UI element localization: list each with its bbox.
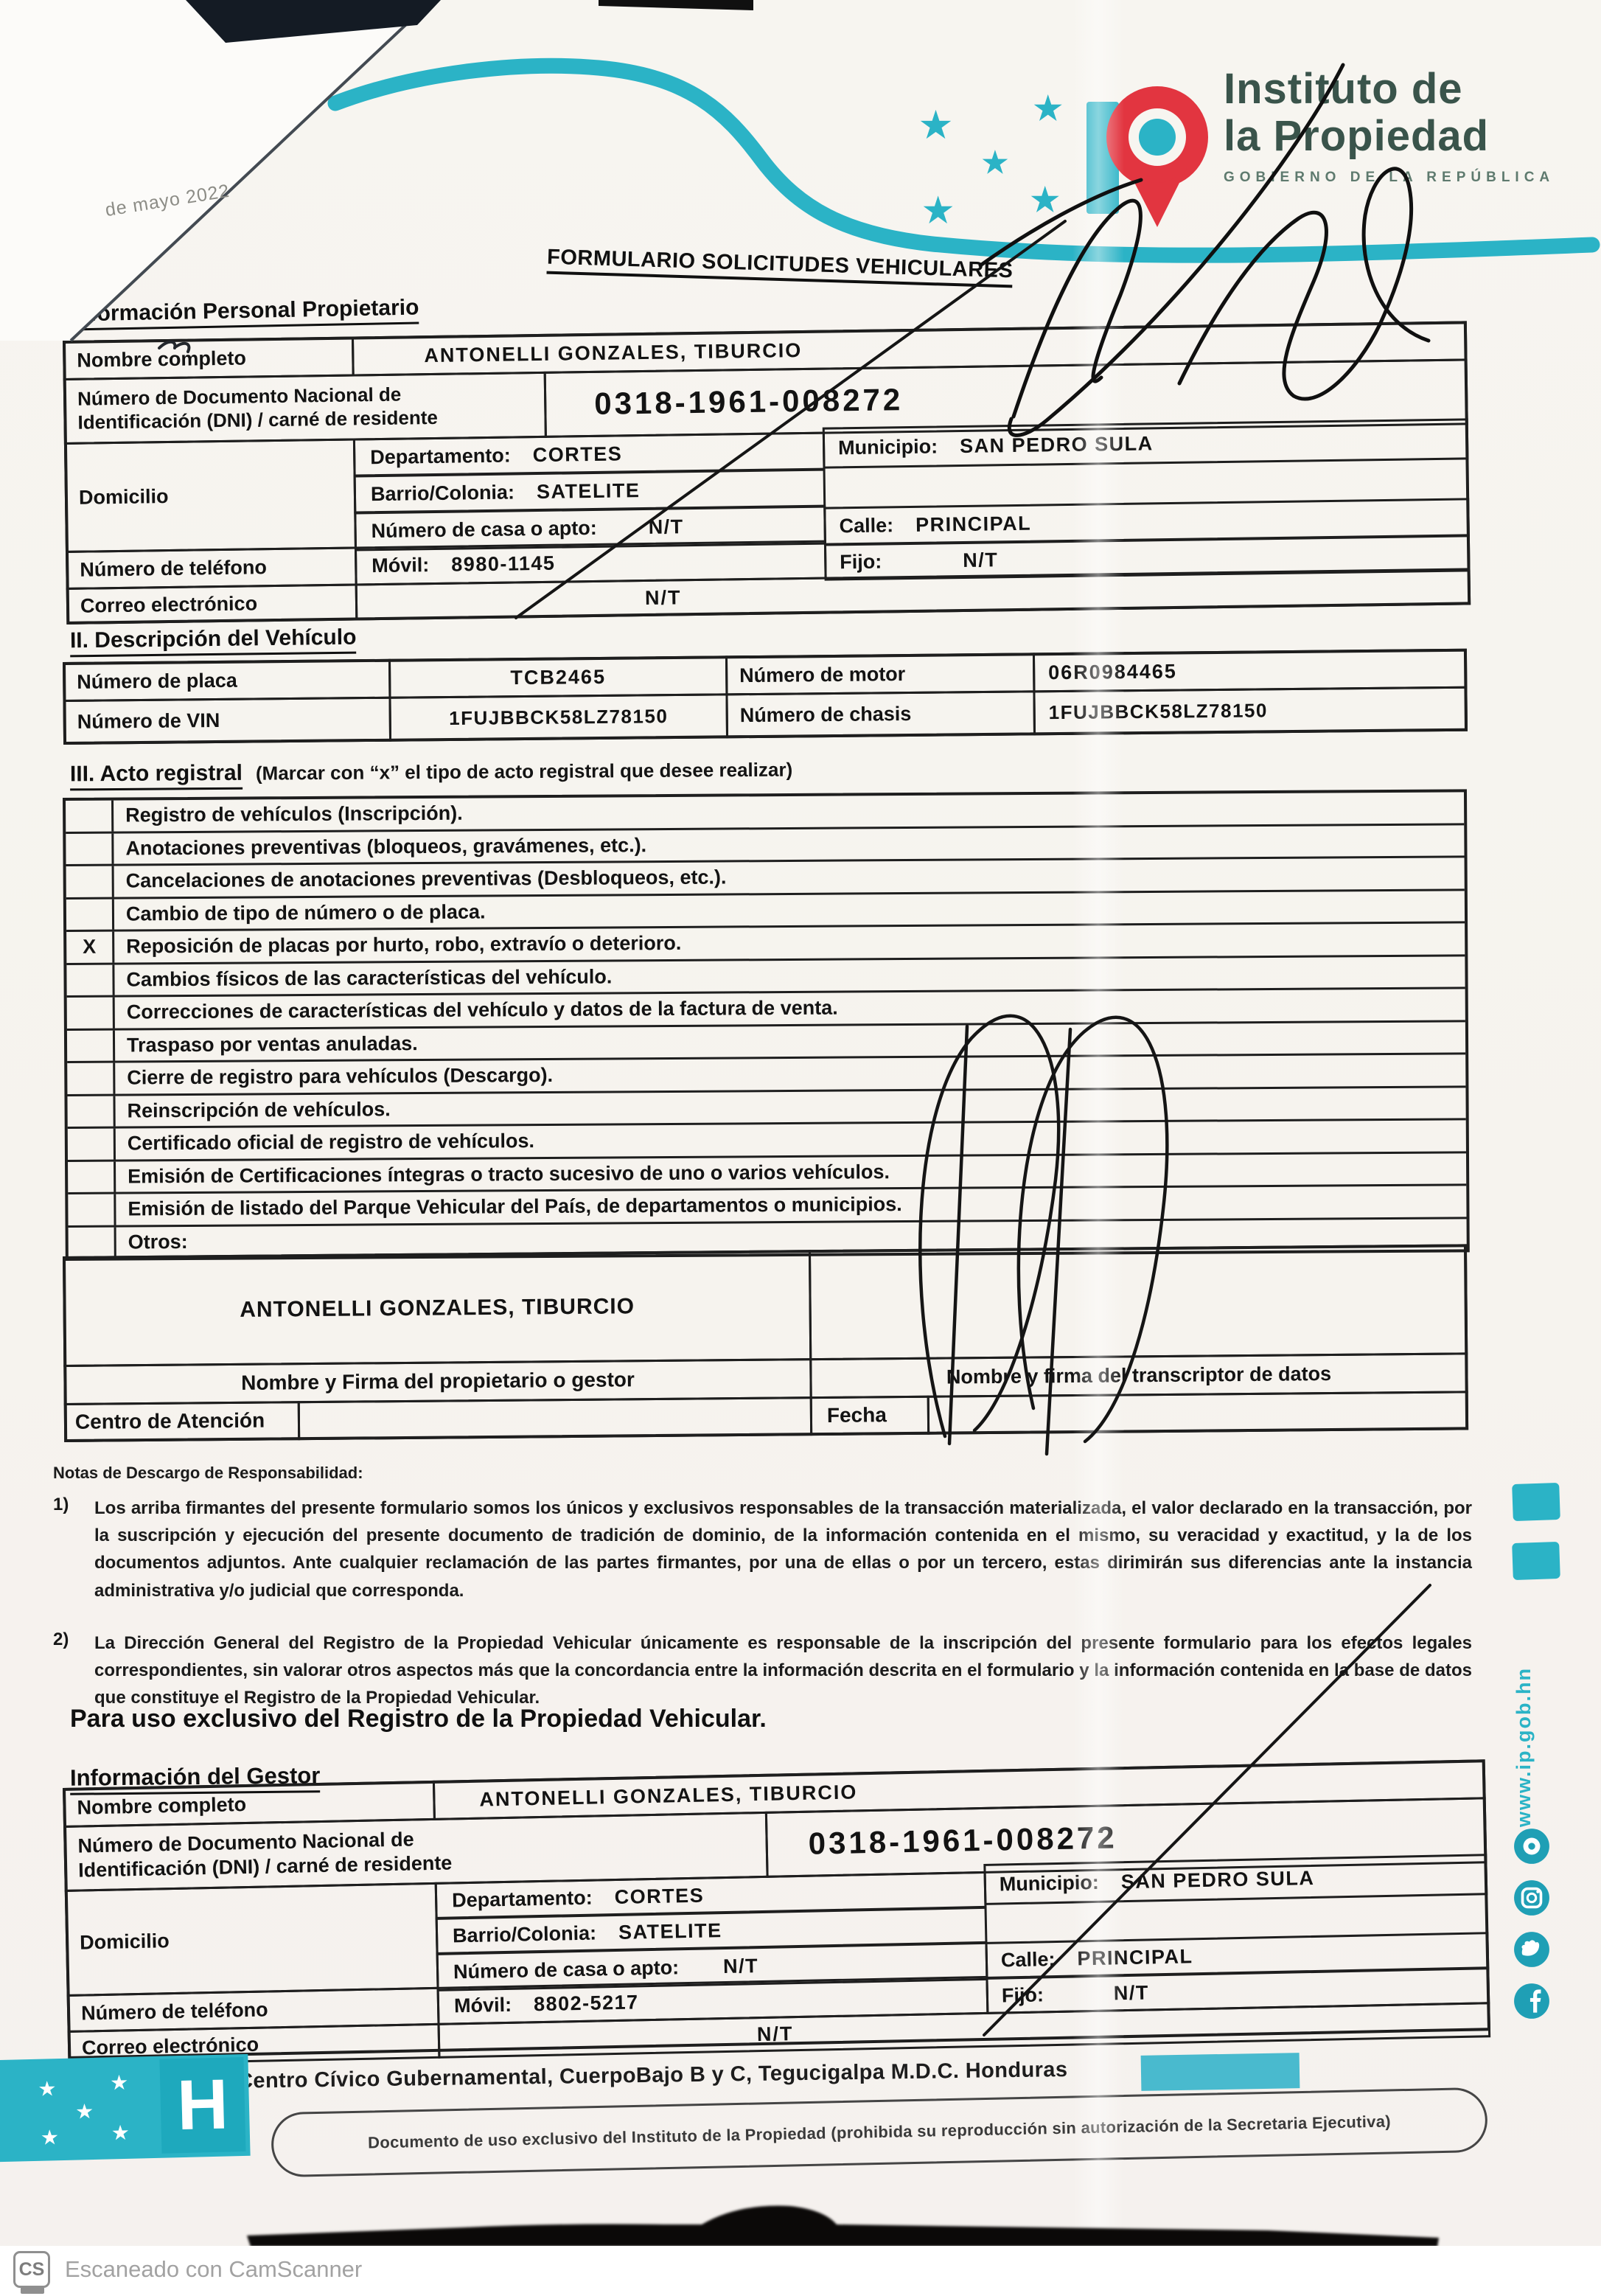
acto-checkbox	[68, 1129, 116, 1160]
social-icon-twitter	[1513, 1930, 1551, 1969]
org-name: Instituto de la Propiedad GOBIERNO DE LA…	[1224, 68, 1555, 186]
owner-domicilio-label: Domicilio	[64, 438, 357, 553]
star-icon: ★	[41, 2125, 60, 2150]
owner-signature-name: ANTONELLI GONZALES, TIBURCIO	[63, 1250, 812, 1367]
vehicle-table: Número de placa TCB2465 Número de motor …	[63, 649, 1468, 745]
motor-value: 06R0984465	[1033, 649, 1467, 693]
acto-checkbox	[68, 1194, 116, 1225]
star-icon: ★	[1033, 90, 1062, 128]
org-name-line2: la Propiedad	[1224, 115, 1555, 158]
camscanner-footer: CS Escaneado con CamScanner	[0, 2246, 1601, 2296]
form-title: FORMULARIO SOLICITUDES VEHICULARES	[546, 246, 1013, 288]
footer-notice-text: Documento de uso exclusivo del Instituto…	[368, 2112, 1391, 2152]
camscanner-badge-icon: CS	[13, 2251, 50, 2288]
acto-checkbox	[66, 833, 114, 864]
crease-line	[71, 2, 430, 341]
acto-checkbox	[67, 1096, 115, 1127]
fecha-label: Fecha	[810, 1396, 929, 1436]
acto-checkbox	[66, 801, 114, 832]
owner-correo-label: Correo electrónico	[66, 583, 358, 625]
section2-heading: II. Descripción del Vehículo	[70, 625, 357, 658]
scanned-vehicle-form-page: de mayo 2022 ★ ★ ★ ★ ★ Instituto de la P…	[0, 0, 1601, 2296]
owner-telefono-label: Número de teléfono	[66, 546, 357, 590]
form-title-wrap: FORMULARIO SOLICITUDES VEHICULARES	[547, 246, 1014, 284]
ip-brand-header: ★ ★ ★ ★ ★ Instituto de la Propiedad GOBI…	[907, 66, 1592, 229]
star-icon: ★	[111, 2121, 130, 2146]
social-icon-facebook	[1513, 1982, 1551, 2020]
fold-white-area	[0, 0, 430, 341]
gestor-domicilio-label: Domicilio	[65, 1882, 439, 1997]
star-icon: ★	[920, 105, 952, 146]
centro-atencion-label: Centro de Atención	[64, 1401, 300, 1442]
note-item: 1) Los arriba firmantes del presente for…	[53, 1495, 1472, 1604]
acto-checkbox	[67, 1030, 115, 1061]
vin-label: Número de VIN	[63, 697, 391, 745]
responsibility-notes: Notas de Descargo de Responsabilidad: 1)…	[53, 1464, 1472, 1711]
section3-heading-wrap: III. Acto registral (Marcar con “x” el t…	[70, 757, 792, 791]
chasis-value: 1FUJBBCK58LZ78150	[1033, 686, 1468, 736]
placa-value: TCB2465	[388, 655, 728, 698]
ip-pin-logo-icon	[1075, 58, 1222, 231]
acto-label: Registro de vehículos (Inscripción).	[114, 792, 1464, 831]
acto-checkbox	[66, 899, 114, 930]
camscanner-badge-tab	[21, 2287, 44, 2294]
note-number: 1)	[53, 1495, 94, 1604]
transcriber-signature-area	[809, 1244, 1468, 1360]
note-number: 2)	[53, 1629, 94, 1712]
acto-checkbox	[67, 998, 115, 1029]
owner-info-table: Nombre completo ANTONELLI GONZALES, TIBU…	[63, 321, 1471, 625]
acto-checkbox	[66, 964, 114, 995]
section1-heading-wrap: Información Personal Propietario	[70, 295, 419, 330]
acto-checkbox	[67, 1063, 115, 1094]
centro-atencion-value	[298, 1396, 812, 1440]
star-icon: ★	[38, 2076, 57, 2101]
motor-label: Número de motor	[725, 653, 1035, 695]
acto-checkbox: X	[66, 932, 114, 963]
acto-registral-table: Registro de vehículos (Inscripción). Ano…	[63, 789, 1470, 1261]
website-url-vertical: www.ip.gob.hn	[1513, 1598, 1535, 1827]
fecha-value	[927, 1391, 1468, 1434]
dark-wedge-artifact	[186, 0, 441, 43]
section2-heading-wrap: II. Descripción del Vehículo	[70, 625, 357, 658]
note-item: 2) La Dirección General del Registro de …	[53, 1629, 1472, 1712]
acto-checkbox	[68, 1161, 116, 1192]
camscanner-credit-text: Escaneado con CamScanner	[65, 2256, 362, 2283]
margin-teal-square	[1512, 1483, 1560, 1521]
acto-checkbox	[66, 866, 114, 897]
margin-teal-square	[1512, 1542, 1560, 1580]
placa-label: Número de placa	[63, 659, 391, 702]
vin-value: 1FUJBBCK58LZ78150	[388, 693, 728, 741]
star-icon: ★	[75, 2099, 94, 2124]
star-icon: ★	[923, 190, 953, 230]
notes-heading: Notas de Descargo de Responsabilidad:	[53, 1464, 1472, 1483]
org-name-line1: Instituto de	[1224, 68, 1555, 111]
owner-dni-label: Número de Documento Nacional deIdentific…	[63, 372, 547, 445]
dark-strip-artifact	[599, 0, 753, 10]
chasis-label: Número de chasis	[725, 690, 1036, 738]
section3-note: (Marcar con “x” el tipo de acto registra…	[256, 759, 792, 785]
received-date-stamp: de mayo 2022	[104, 181, 231, 221]
gov-subtitle: GOBIERNO DE LA REPÚBLICA	[1224, 170, 1555, 186]
acto-checkbox	[69, 1227, 116, 1258]
owner-name-label: Nombre completo	[63, 336, 355, 380]
footer-notice-box: Documento de uso exclusivo del Instituto…	[271, 2087, 1487, 2178]
section1-heading: Información Personal Propietario	[70, 295, 419, 330]
star-icon: ★	[1030, 181, 1059, 219]
signature-table: ANTONELLI GONZALES, TIBURCIO Nombre y Fi…	[63, 1244, 1468, 1442]
star-icon: ★	[982, 146, 1008, 180]
social-icon-youtube	[1513, 1827, 1551, 1865]
note-text: Los arriba firmantes del presente formul…	[94, 1495, 1472, 1604]
note-text: La Dirección General del Registro de la …	[94, 1629, 1472, 1712]
gestor-info-table: Nombre completo ANTONELLI GONZALES, TIBU…	[63, 1759, 1490, 2059]
exclusive-use-heading: Para uso exclusivo del Registro de la Pr…	[70, 1705, 767, 1733]
social-icon-instagram	[1513, 1879, 1551, 1917]
honduras-flag-banner: ★ ★ ★ ★ ★ H	[0, 2054, 251, 2162]
section3-heading: III. Acto registral	[70, 761, 243, 791]
star-icon: ★	[110, 2070, 129, 2095]
flag-letter-h: H	[159, 2057, 245, 2154]
